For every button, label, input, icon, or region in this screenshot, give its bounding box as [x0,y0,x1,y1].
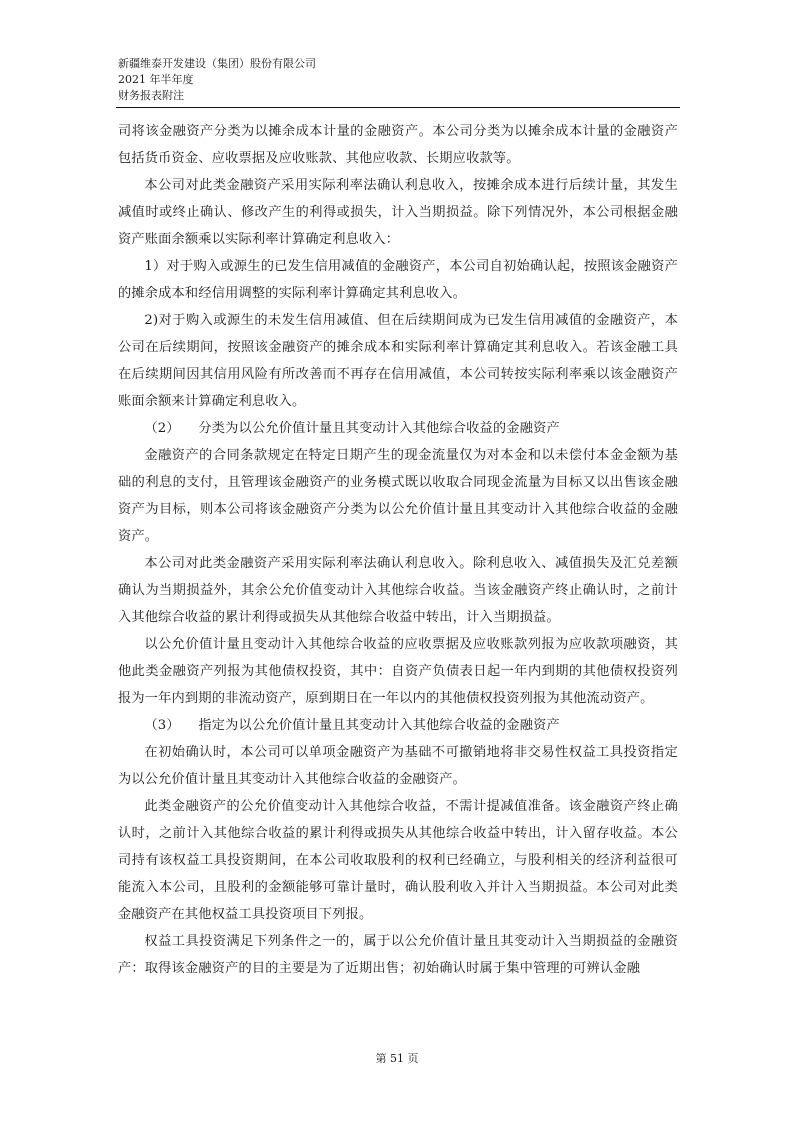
paragraph-equity-fvoci: 此类金融资产的公允价值变动计入其他综合收益，不需计提减值准备。该金融资产终止确认… [118,793,678,928]
paragraph-interest-recognition: 本公司对此类金融资产采用实际利率法确认利息收入，按摊余成本进行后续计量，其发生减… [118,172,678,253]
document-body: 司将该金融资产分类为以摊余成本计量的金融资产。本公司分类为以摊余成本计量的金融资… [118,118,678,982]
paragraph-fvoci-criteria: 金融资产的合同条款规定在特定日期产生的现金流量仅为对本金和以未偿付本金金额为基础… [118,442,678,550]
section-number: （2） [144,415,198,442]
paragraph-designation: 在初始确认时，本公司可以单项金融资产为基础不可撤销地将非交易性权益工具投资指定为… [118,739,678,793]
page-number: 第 51 页 [0,1050,794,1066]
section-heading-2: （2）分类为以公允价值计量且其变动计入其他综合收益的金融资产 [118,415,678,442]
paragraph-item-1: 1）对于购入或源生的已发生信用减值的金融资产，本公司自初始确认起，按照该金融资产… [118,253,678,307]
section-title: 分类为以公允价值计量且其变动计入其他综合收益的金融资产 [198,421,559,436]
company-name: 新疆维泰开发建设（集团）股份有限公司 [118,56,680,72]
report-period: 2021 年半年度 [118,72,680,88]
page-header: 新疆维泰开发建设（集团）股份有限公司 2021 年半年度 财务报表附注 [118,56,680,104]
paragraph-fvtpl-conditions: 权益工具投资满足下列条件之一的，属于以公允价值计量且其变动计入当期损益的金融资产… [118,928,678,982]
paragraph-fvoci-measurement: 本公司对此类金融资产采用实际利率法确认利息收入。除利息收入、减值损失及汇兑差额确… [118,550,678,631]
section-heading-3: （3）指定为以公允价值计量且其变动计入其他综合收益的金融资产 [118,712,678,739]
document-title: 财务报表附注 [118,88,680,104]
paragraph-continuation: 司将该金融资产分类为以摊余成本计量的金融资产。本公司分类为以摊余成本计量的金融资… [118,118,678,172]
header-divider [116,107,680,108]
section-number: （3） [144,712,198,739]
section-title: 指定为以公允价值计量且其变动计入其他综合收益的金融资产 [198,718,559,733]
paragraph-item-2: 2)对于购入或源生的未发生信用减值、但在后续期间成为已发生信用减值的金融资产，本… [118,307,678,415]
paragraph-fvoci-presentation: 以公允价值计量且变动计入其他综合收益的应收票据及应收账款列报为应收款项融资，其他… [118,631,678,712]
